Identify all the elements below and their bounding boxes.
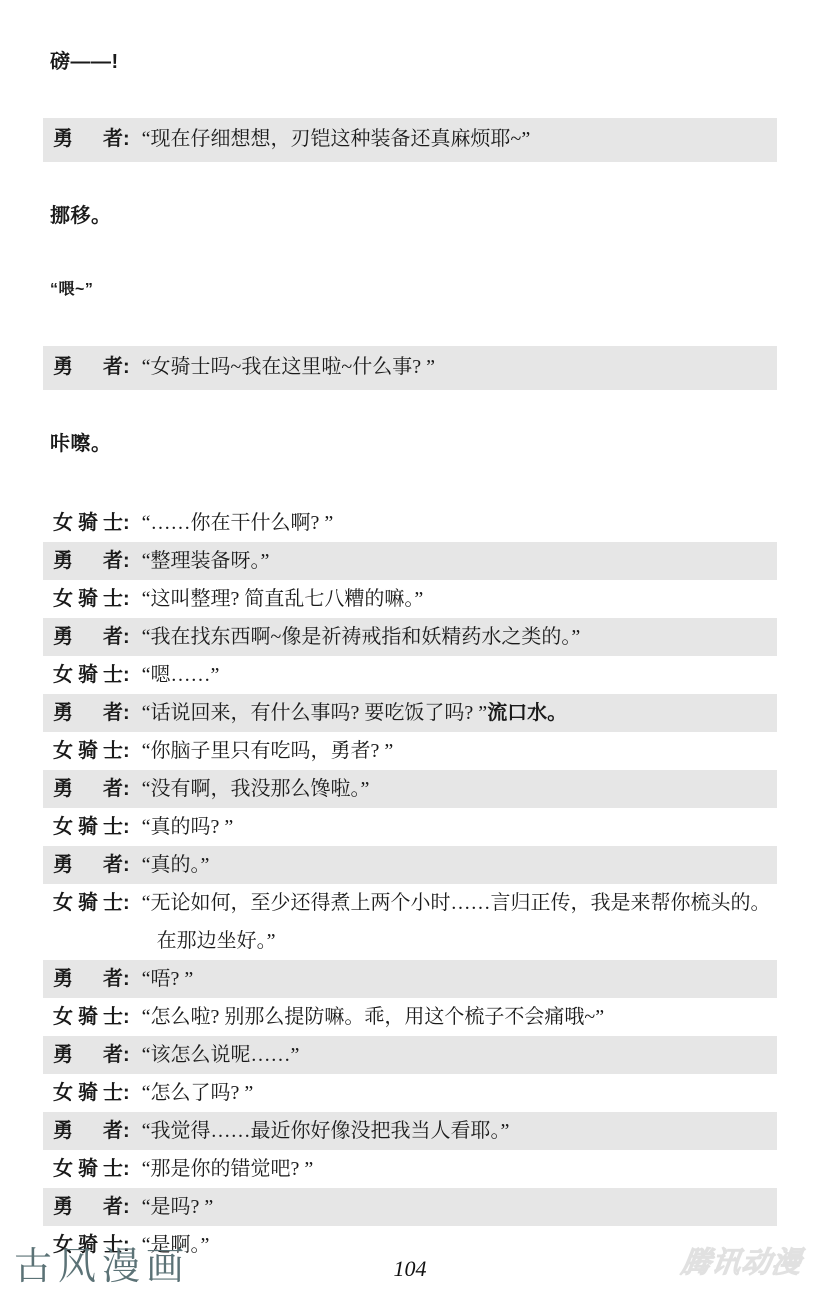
- dialogue-text: “现在仔细想想，刃铠这种装备还真麻烦耶~”: [142, 128, 531, 150]
- speaker-colon: :: [123, 808, 130, 846]
- speaker-name: 勇者:: [53, 120, 130, 158]
- speaker-name: 女骑士:: [53, 884, 130, 922]
- speaker-name-text: 勇者: [53, 846, 123, 884]
- speaker-name: 勇者:: [53, 542, 130, 580]
- dialogue-text: “那是你的错觉吧? ”: [142, 1158, 314, 1180]
- sfx-text: “喂~”: [50, 281, 93, 298]
- dialogue-row: 女骑士:“无论如何，至少还得煮上两个小时……言归正传，我是来帮你梳头的。 在那边…: [43, 884, 777, 960]
- dialogue-text-wrap: “真的吗? ”: [142, 808, 777, 846]
- dialogue-row: 女骑士:“那是你的错觉吧? ”: [43, 1150, 777, 1188]
- dialogue-row: 女骑士:“真的吗? ”: [43, 808, 777, 846]
- dialogue-text: “真的。”: [142, 854, 210, 876]
- speaker-name: 女骑士:: [53, 998, 130, 1036]
- dialogue-text: “话说回来，有什么事吗? 要吃饭了吗? ”: [142, 702, 488, 724]
- dialogue-text-wrap: “无论如何，至少还得煮上两个小时……言归正传，我是来帮你梳头的。 在那边坐好。”: [142, 884, 777, 960]
- speaker-colon: :: [123, 732, 130, 770]
- dialogue-text-wrap: “我在找东西啊~像是祈祷戒指和妖精药水之类的。”: [142, 618, 777, 656]
- dialogue-text: “整理装备呀。”: [142, 550, 270, 572]
- speaker-colon: :: [123, 884, 130, 922]
- speaker-name: 勇者:: [53, 1112, 130, 1150]
- dialogue-row: 女骑士:“怎么了吗? ”: [43, 1074, 777, 1112]
- dialogue-text: “嗯……”: [142, 664, 220, 686]
- dialogue-row: 勇者:“没有啊，我没那么馋啦。”: [43, 770, 777, 808]
- dialogue-row: 勇者:“我在找东西啊~像是祈祷戒指和妖精药水之类的。”: [43, 618, 777, 656]
- dialogue-text: “该怎么说呢……”: [142, 1044, 300, 1066]
- speaker-colon: :: [123, 998, 130, 1036]
- speaker-name: 女骑士:: [53, 656, 130, 694]
- speaker-name-text: 女骑士: [53, 998, 123, 1036]
- dialogue-row: 勇者:“是吗? ”: [43, 1188, 777, 1226]
- dialogue-text: “没有啊，我没那么馋啦。”: [142, 778, 370, 800]
- speaker-name: 勇者:: [53, 1188, 130, 1226]
- dialogue-text-wrap: “这叫整理? 简直乱七八糟的嘛。”: [142, 580, 777, 618]
- sfx-text: 磅——!: [50, 51, 119, 73]
- speaker-colon: :: [123, 1188, 130, 1226]
- sfx-text: 咔嚓。: [50, 433, 112, 455]
- dialogue-row: 勇者:“整理装备呀。”: [43, 542, 777, 580]
- speaker-name-text: 勇者: [53, 618, 123, 656]
- speaker-name-text: 勇者: [53, 770, 123, 808]
- dialogue-text: “无论如何，至少还得煮上两个小时……言归正传，我是来帮你梳头的。 在那边坐好。”: [142, 892, 771, 952]
- dialogue-bar: 勇者:“现在仔细想想，刃铠这种装备还真麻烦耶~”: [43, 118, 777, 162]
- dialogue-text-wrap: “是吗? ”: [142, 1188, 777, 1226]
- dialogue-text: “怎么啦? 别那么提防嘛。乖，用这个梳子不会痛哦~”: [142, 1006, 604, 1028]
- speaker-name: 勇者:: [53, 1036, 130, 1074]
- sfx-heading: 咔嚓。: [50, 430, 820, 458]
- dialogue-text: “我觉得……最近你好像没把我当人看耶。”: [142, 1120, 510, 1142]
- dialogue-row: 勇者:“话说回来，有什么事吗? 要吃饭了吗? ”流口水。: [43, 694, 777, 732]
- dialogue-text-wrap: “……你在干什么啊? ”: [142, 504, 777, 542]
- sfx-heading: 磅——!: [50, 48, 820, 76]
- speaker-colon: :: [123, 656, 130, 694]
- dialogue-text-wrap: “嗯……”: [142, 656, 777, 694]
- speaker-colon: :: [123, 1036, 130, 1074]
- speaker-name: 女骑士:: [53, 504, 130, 542]
- speaker-colon: :: [123, 1112, 130, 1150]
- dialogue-text-wrap: “该怎么说呢……”: [142, 1036, 777, 1074]
- dialogue-text-wrap: “没有啊，我没那么馋啦。”: [142, 770, 777, 808]
- speaker-colon: :: [123, 1150, 130, 1188]
- speaker-name-text: 勇者: [53, 542, 123, 580]
- speaker-colon: :: [123, 770, 130, 808]
- speaker-name-text: 女骑士: [53, 808, 123, 846]
- page-content: 磅——!勇者:“现在仔细想想，刃铠这种装备还真麻烦耶~”挪移。“喂~”勇者:“女…: [0, 0, 820, 1264]
- novel-reader-page: 磅——!勇者:“现在仔细想想，刃铠这种装备还真麻烦耶~”挪移。“喂~”勇者:“女…: [0, 0, 820, 1291]
- dialogue-text-wrap: “怎么啦? 别那么提防嘛。乖，用这个梳子不会痛哦~”: [142, 998, 777, 1036]
- dialogue-text: “你脑子里只有吃吗，勇者? ”: [142, 740, 394, 762]
- dialogue-row: 女骑士:“这叫整理? 简直乱七八糟的嘛。”: [43, 580, 777, 618]
- dialogue-text-wrap: “我觉得……最近你好像没把我当人看耶。”: [142, 1112, 777, 1150]
- speaker-name-text: 勇者: [53, 1112, 123, 1150]
- dialogue-text-wrap: “现在仔细想想，刃铠这种装备还真麻烦耶~”: [142, 120, 777, 158]
- dialogue-text: “……你在干什么啊? ”: [142, 512, 334, 534]
- dialogue-text-wrap: “怎么了吗? ”: [142, 1074, 777, 1112]
- dialogue-text-wrap: “女骑士吗~我在这里啦~什么事? ”: [142, 348, 777, 386]
- action-note: 流口水。: [487, 702, 567, 724]
- speaker-name-text: 女骑士: [53, 1150, 123, 1188]
- speaker-name: 女骑士:: [53, 808, 130, 846]
- dialogue-text-wrap: “那是你的错觉吧? ”: [142, 1150, 777, 1188]
- speaker-name: 勇者:: [53, 694, 130, 732]
- speaker-colon: :: [123, 846, 130, 884]
- speaker-colon: :: [123, 1074, 130, 1112]
- dialogue-text: “是吗? ”: [142, 1196, 214, 1218]
- speaker-name: 勇者:: [53, 348, 130, 386]
- dialogue-row: 勇者:“真的。”: [43, 846, 777, 884]
- speaker-name-text: 女骑士: [53, 504, 123, 542]
- speaker-colon: :: [123, 120, 130, 158]
- dialogue-text-wrap: “唔? ”: [142, 960, 777, 998]
- brand-watermark-right: 腾讯动漫: [679, 1240, 805, 1281]
- dialogue-text-wrap: “话说回来，有什么事吗? 要吃饭了吗? ”流口水。: [142, 694, 777, 732]
- speaker-name-text: 勇者: [53, 694, 123, 732]
- speaker-name-text: 勇者: [53, 1188, 123, 1226]
- dialogue-row: 勇者:“唔? ”: [43, 960, 777, 998]
- dialogue-text: “我在找东西啊~像是祈祷戒指和妖精药水之类的。”: [142, 626, 581, 648]
- speaker-colon: :: [123, 348, 130, 386]
- dialogue-text: “女骑士吗~我在这里啦~什么事? ”: [142, 356, 435, 378]
- dialogue-text: “真的吗? ”: [142, 816, 234, 838]
- speaker-name-text: 女骑士: [53, 580, 123, 618]
- dialogue-text-wrap: “整理装备呀。”: [142, 542, 777, 580]
- speaker-name: 勇者:: [53, 770, 130, 808]
- dialogue-row: 勇者:“该怎么说呢……”: [43, 1036, 777, 1074]
- speaker-colon: :: [123, 504, 130, 542]
- speaker-colon: :: [123, 580, 130, 618]
- dialogue-row: 女骑士:“……你在干什么啊? ”: [43, 504, 777, 542]
- sfx-heading: “喂~”: [50, 276, 820, 304]
- dialogue-row: 女骑士:“你脑子里只有吃吗，勇者? ”: [43, 732, 777, 770]
- speaker-colon: :: [123, 542, 130, 580]
- dialogue-row: 女骑士:“嗯……”: [43, 656, 777, 694]
- sfx-text: 挪移。: [50, 205, 112, 227]
- speaker-name-text: 勇者: [53, 120, 123, 158]
- speaker-name: 女骑士:: [53, 732, 130, 770]
- dialogue-text: “唔? ”: [142, 968, 194, 990]
- speaker-name: 勇者:: [53, 618, 130, 656]
- sfx-heading: 挪移。: [50, 202, 820, 230]
- speaker-colon: :: [123, 960, 130, 998]
- speaker-name-text: 勇者: [53, 1036, 123, 1074]
- dialogue-row: 勇者:“我觉得……最近你好像没把我当人看耶。”: [43, 1112, 777, 1150]
- speaker-name-text: 女骑士: [53, 884, 123, 922]
- speaker-name-text: 女骑士: [53, 1074, 123, 1112]
- speaker-colon: :: [123, 694, 130, 732]
- dialogue-rows: 女骑士:“……你在干什么啊? ”勇者:“整理装备呀。”女骑士:“这叫整理? 简直…: [0, 504, 820, 1264]
- dialogue-text-wrap: “真的。”: [142, 846, 777, 884]
- dialogue-text-wrap: “你脑子里只有吃吗，勇者? ”: [142, 732, 777, 770]
- speaker-name-text: 勇者: [53, 348, 123, 386]
- speaker-colon: :: [123, 618, 130, 656]
- dialogue-text: “怎么了吗? ”: [142, 1082, 254, 1104]
- speaker-name-text: 女骑士: [53, 656, 123, 694]
- speaker-name: 女骑士:: [53, 580, 130, 618]
- speaker-name: 勇者:: [53, 846, 130, 884]
- speaker-name-text: 女骑士: [53, 732, 123, 770]
- speaker-name: 女骑士:: [53, 1074, 130, 1112]
- dialogue-bar: 勇者:“女骑士吗~我在这里啦~什么事? ”: [43, 346, 777, 390]
- speaker-name: 勇者:: [53, 960, 130, 998]
- dialogue-row: 女骑士:“怎么啦? 别那么提防嘛。乖，用这个梳子不会痛哦~”: [43, 998, 777, 1036]
- speaker-name: 女骑士:: [53, 1150, 130, 1188]
- speaker-name-text: 勇者: [53, 960, 123, 998]
- dialogue-text: “这叫整理? 简直乱七八糟的嘛。”: [142, 588, 424, 610]
